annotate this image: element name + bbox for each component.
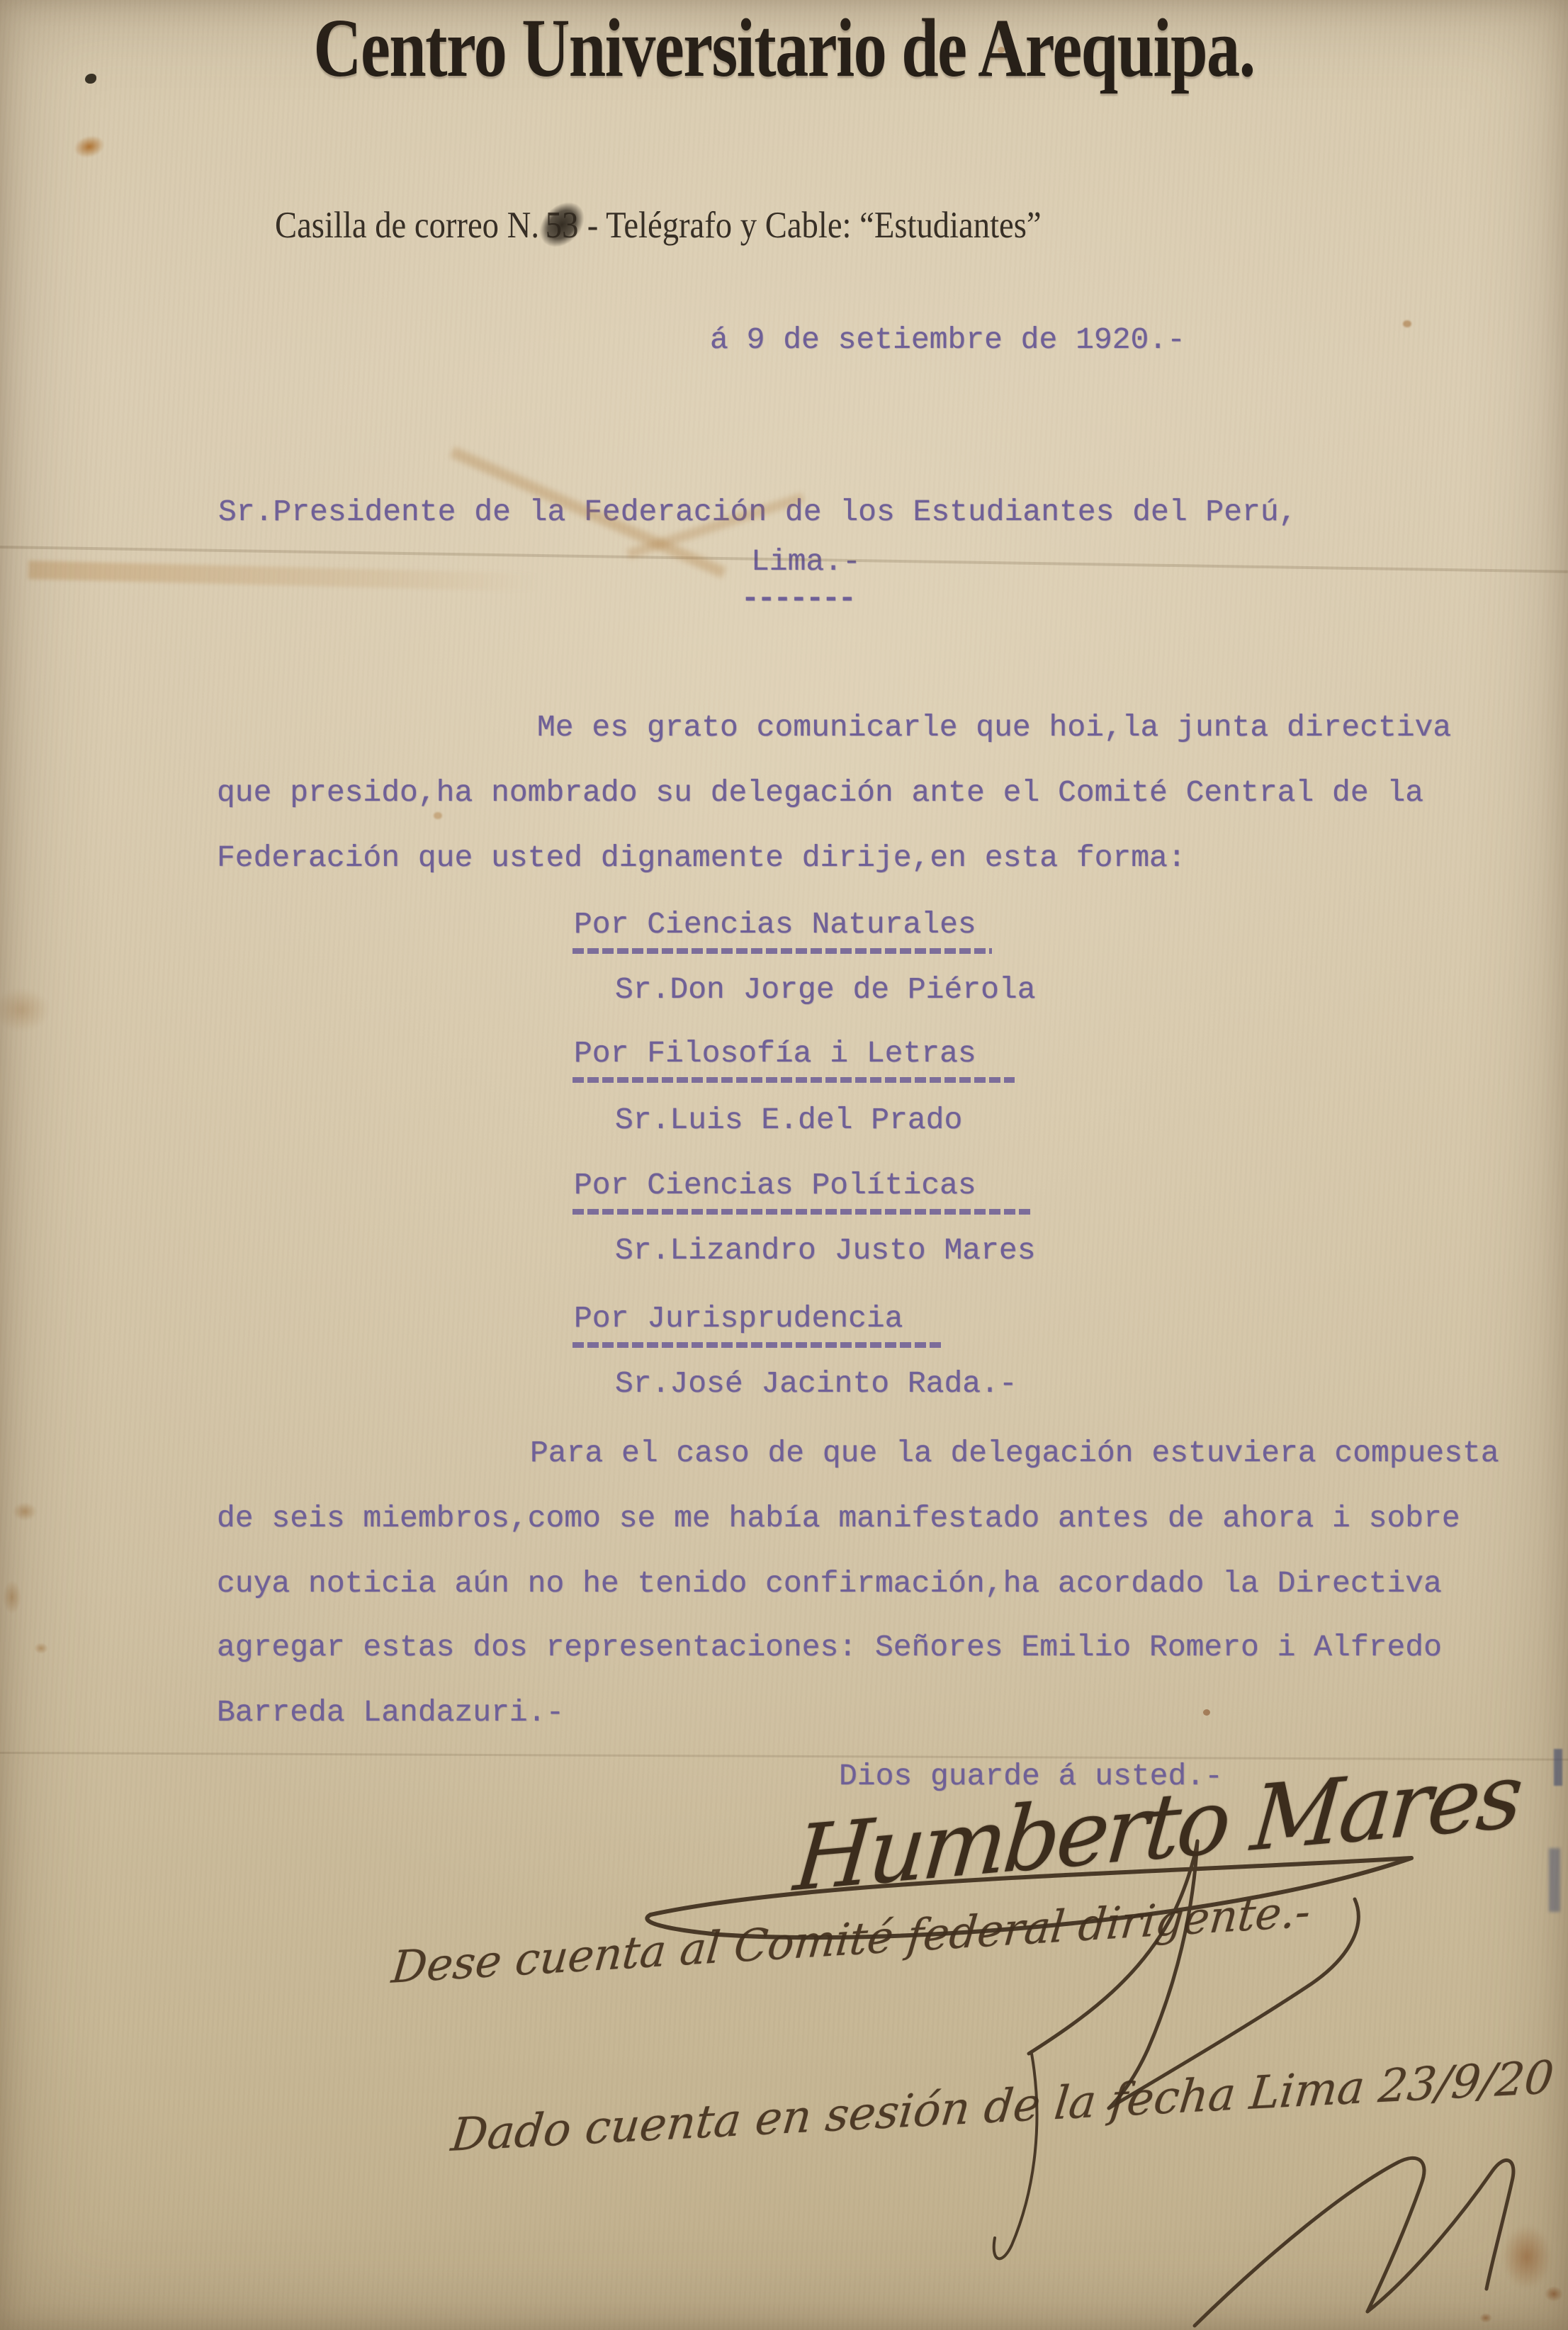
para1-line1: Me es grato comunicarle que hoi,la junta… [537, 710, 1451, 745]
typed-underline [573, 948, 992, 954]
para2-line5: Barreda Landazuri.- [217, 1695, 564, 1730]
speck [434, 812, 442, 819]
bottom-signature [1367, 2160, 1513, 2312]
letterhead-subtitle: Casilla de correo N.53- Telégrafo y Cabl… [275, 204, 1042, 247]
handwritten-annotation-2: Dado cuenta en sesión de la fecha Lima 2… [449, 2052, 1556, 2162]
para2-line2: de seis miembros,como se me había manife… [217, 1501, 1460, 1536]
delegation-heading: Por Jurisprudencia [574, 1301, 903, 1336]
letterhead-title: Centro Universitario de Arequipa. [157, 0, 1411, 96]
recipient-city: Lima.- [751, 544, 861, 579]
edge-ink-mark [1549, 1848, 1560, 1912]
edge-stain [34, 1643, 48, 1654]
para1-line3: Federación que usted dignamente dirije,e… [217, 840, 1186, 875]
typed-underline [573, 1342, 941, 1348]
edge-ink-mark [1554, 1749, 1562, 1786]
rust-stain [72, 133, 107, 161]
typed-underline [573, 1077, 1015, 1083]
rust-stain [1479, 2313, 1492, 2323]
speck [1403, 320, 1411, 327]
letter-page: Centro Universitario de Arequipa. Casill… [0, 0, 1568, 2330]
para1-line2: que presido,ha nombrado su delegación an… [217, 775, 1423, 810]
crossed-out-box-number: 53 [546, 204, 579, 247]
delegation-heading: Por Ciencias Políticas [574, 1168, 976, 1203]
ink-dot-stain [85, 74, 96, 84]
delegation-name: Sr.Lizandro Justo Mares [615, 1233, 1036, 1268]
recipient-line: Sr.Presidente de la Federación de los Es… [218, 495, 1297, 529]
para2-line1: Para el caso de que la delegación estuvi… [530, 1436, 1499, 1470]
recipient-divider: ------- [741, 581, 854, 616]
para2-line4: agregar estas dos representaciones: Seño… [217, 1630, 1442, 1665]
speck [1203, 1709, 1210, 1716]
bottom-signature [1195, 2158, 1424, 2326]
delegation-heading: Por Ciencias Naturales [574, 907, 976, 942]
rust-stain [1545, 2286, 1563, 2302]
subtitle-post: - Telégrafo y Cable: “Estudiantes” [587, 205, 1042, 246]
delegation-name: Sr.Luis E.del Prado [615, 1103, 962, 1137]
typed-underline [573, 1209, 1033, 1215]
edge-stain [0, 989, 50, 1031]
edge-stain [13, 1502, 37, 1521]
edge-stain [3, 1580, 21, 1614]
delegation-heading: Por Filosofía i Letras [574, 1036, 976, 1071]
date-line: á 9 de setiembre de 1920.- [710, 322, 1185, 357]
delegation-name: Sr.Don Jorge de Piérola [615, 972, 1036, 1007]
para2-line3: cuya noticia aún no he tenido confirmaci… [217, 1566, 1442, 1601]
rust-stain-cluster [1502, 2225, 1552, 2289]
delegation-name: Sr.José Jacinto Rada.- [615, 1366, 1017, 1401]
subtitle-pre: Casilla de correo N. [275, 205, 539, 246]
fold-stain-streak [28, 561, 538, 592]
